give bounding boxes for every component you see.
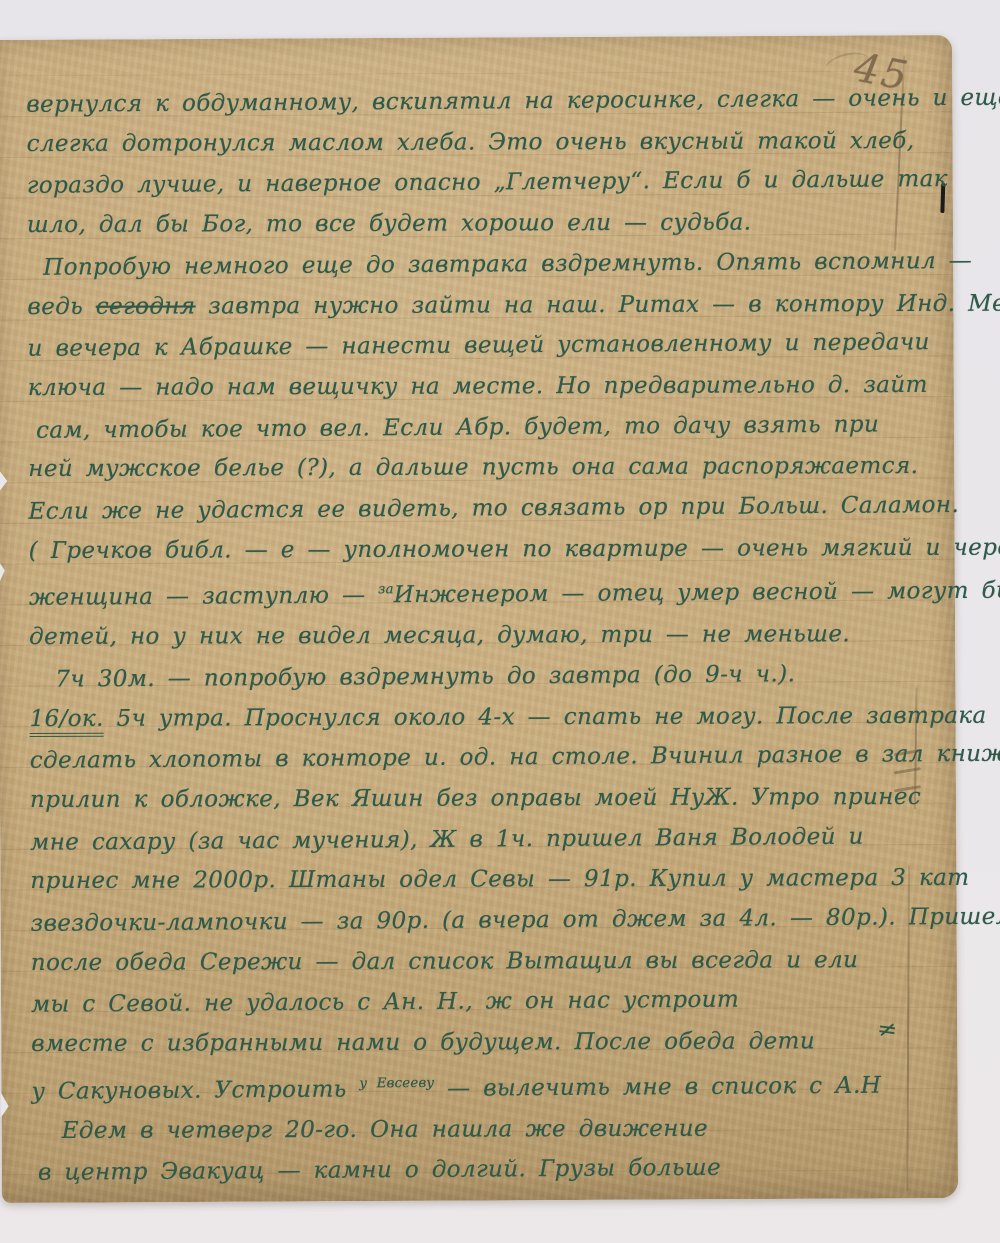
manuscript-line: у Сакуновых. Устроить у Евсееву — вылечи… xyxy=(31,1060,957,1112)
manuscript-segment: шло, дал бы Бог, то все будет хорошо ели… xyxy=(27,210,752,239)
manuscript-segment: ключа — надо нам вещичку на месте. Но пр… xyxy=(28,372,928,401)
manuscript-line: Попробую немного еще до завтрака вздремн… xyxy=(27,241,953,288)
manuscript-segment: 7ч 30м. — попробую вздремнуть до завтра … xyxy=(55,661,795,692)
manuscript-line: мне сахару (за час мучения), Ж в 1ч. при… xyxy=(30,816,956,863)
manuscript-segment: Если же не удастся ее видеть, то связать… xyxy=(28,492,959,525)
manuscript-line: вернулся к обдуманному, вскипятил на кер… xyxy=(26,78,952,125)
manuscript-segment: вернулся к обдуманному, вскипятил на кер… xyxy=(26,85,1000,118)
manuscript-segment: детей, но у них не видел месяца, думаю, … xyxy=(29,621,850,650)
manuscript-segment: завтра нужно зайти на наш. Ритах — в кон… xyxy=(196,290,1000,319)
manuscript-line: после обеда Сережи — дал список Вытащил … xyxy=(31,940,957,984)
photo-background: 45 ≠ вернулся к обдуманному, вскипятил н… xyxy=(0,0,1000,1243)
manuscript-segment: — вылечить мне в список с А.Н xyxy=(434,1072,881,1101)
manuscript-segment: Попробую немного еще до завтрака вздремн… xyxy=(43,248,972,281)
manuscript-line: женщина — заступлю — заИнженером — отец … xyxy=(29,566,955,618)
manuscript-text: вернулся к обдуманному, вскипятил на кер… xyxy=(0,79,958,1193)
manuscript-segment: звездочки-лампочки — за 90р. (а вчера от… xyxy=(31,904,1000,937)
manuscript-line: вместе с избранными нами о будущем. Посл… xyxy=(31,1021,957,1065)
manuscript-segment: гораздо лучше, и наверное опасно „Глетче… xyxy=(27,166,948,199)
manuscript-line: ( Гречков библ. — е — уполномочен по ква… xyxy=(29,528,955,572)
manuscript-segment: принес мне 2000р. Штаны одел Севы — 91р.… xyxy=(30,865,969,894)
manuscript-line: детей, но у них не видел месяца, думаю, … xyxy=(29,614,955,658)
manuscript-line: мы с Севой. не удалось с Ан. Н., ж он на… xyxy=(31,978,957,1025)
manuscript-segment: 5ч утра. Проснулся около 4-х — спать не … xyxy=(104,702,987,731)
manuscript-line: гораздо лучше, и наверное опасно „Глетче… xyxy=(27,159,953,206)
manuscript-line: ведь сегодня завтра нужно зайти на наш. … xyxy=(27,283,953,327)
manuscript-line: ключа — надо нам вещичку на месте. Но пр… xyxy=(28,365,954,409)
manuscript-segment: ( Гречков библ. — е — уполномочен по ква… xyxy=(29,534,1000,563)
manuscript-line: принес мне 2000р. Штаны одел Севы — 91р.… xyxy=(30,858,956,902)
manuscript-segment: и вечера к Абрашке — нанести вещей устан… xyxy=(28,329,930,362)
manuscript-segment-u: 16/ок. xyxy=(30,705,104,736)
manuscript-segment: сделать хлопоты в конторе и. од. на стол… xyxy=(30,741,1000,774)
manuscript-segment: сам, чтобы кое что вел. Если Абр. будет,… xyxy=(36,411,879,443)
manuscript-segment: слегка дотронулся маслом хлеба. Это очен… xyxy=(26,128,914,157)
manuscript-line: 7ч 30м. — попробую вздремнуть до завтра … xyxy=(29,653,955,700)
manuscript-segment: женщина — заступлю — xyxy=(29,583,378,612)
manuscript-line: 16/ок. 5ч утра. Проснулся около 4-х — сп… xyxy=(29,695,955,739)
manuscript-line: слегка дотронулся маслом хлеба. Это очен… xyxy=(26,121,952,165)
manuscript-line: и вечера к Абрашке — нанести вещей устан… xyxy=(27,322,953,369)
manuscript-page: 45 ≠ вернулся к обдуманному, вскипятил н… xyxy=(0,35,958,1203)
manuscript-line: шло, дал бы Бог, то все будет хорошо ели… xyxy=(27,202,953,246)
manuscript-segment: Едем в четверг 20-го. Она нашла же движе… xyxy=(62,1115,708,1143)
manuscript-line: Если же не удастся ее видеть, то связать… xyxy=(28,485,954,532)
manuscript-segment: ней мужское белье (?), а дальше пусть он… xyxy=(28,453,918,482)
manuscript-segment: в центр Эвакуац — камни о долгий. Грузы … xyxy=(38,1155,721,1186)
manuscript-segment: после обеда Сережи — дал список Вытащил … xyxy=(31,947,859,976)
manuscript-segment: Инженером — отец умер весной — могут быт… xyxy=(394,578,1000,609)
manuscript-line: звездочки-лампочки — за 90р. (а вчера от… xyxy=(30,897,956,944)
manuscript-segment-strike: сегодня xyxy=(96,293,196,319)
manuscript-line: Едем в четверг 20-го. Она нашла же движе… xyxy=(32,1107,958,1151)
manuscript-line: прилип к обложке, Век Яшин без оправы мо… xyxy=(30,777,956,821)
manuscript-segment: мне сахару (за час мучения), Ж в 1ч. при… xyxy=(30,823,864,855)
manuscript-segment: ведь xyxy=(27,293,96,319)
manuscript-segment: у Сакуновых. Устроить xyxy=(31,1076,359,1104)
manuscript-segment: мы с Севой. не удалось с Ан. Н., ж он на… xyxy=(31,987,739,1018)
manuscript-segment-sup: у Евсееву xyxy=(359,1076,434,1092)
manuscript-line: в центр Эвакуац — камни о долгий. Грузы … xyxy=(32,1146,958,1193)
manuscript-line: сам, чтобы кое что вел. Если Абр. будет,… xyxy=(28,404,954,451)
manuscript-segment-sup: за xyxy=(378,583,394,598)
manuscript-line: сделать хлопоты в конторе и. од. на стол… xyxy=(30,734,956,781)
manuscript-segment: вместе с избранными нами о будущем. Посл… xyxy=(31,1028,815,1057)
manuscript-segment: прилип к обложке, Век Яшин без оправы мо… xyxy=(30,784,921,813)
manuscript-line: ней мужское белье (?), а дальше пусть он… xyxy=(28,446,954,490)
